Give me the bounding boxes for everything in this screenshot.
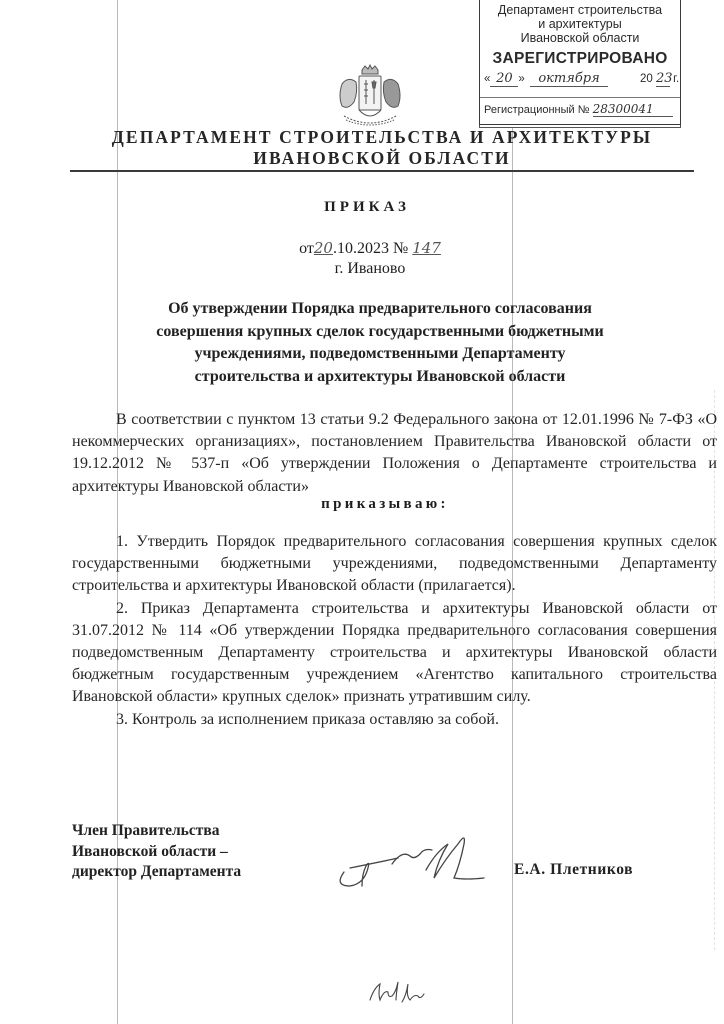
- order-title: ПРИКАЗ: [0, 199, 724, 216]
- scanned-order-document: Департамент строительства и архитектуры …: [0, 0, 724, 1024]
- order-subject: Об утверждении Порядка предварительного …: [150, 298, 610, 388]
- department-title: ДЕПАРТАМЕНТ СТРОИТЕЛЬСТВА И АРХИТЕКТУРЫ …: [70, 127, 694, 169]
- stamp-status: ЗАРЕГИСТРИРОВАНО: [480, 50, 680, 68]
- preamble: В соответствии с пунктом 13 статьи 9.2 Ф…: [72, 409, 717, 498]
- stamp-org-line: Ивановской области: [480, 31, 680, 45]
- stamp-reg-label: Регистрационный №: [484, 104, 590, 116]
- order-date-number: от20.10.2023 № 147: [0, 238, 724, 259]
- department-title-line: ИВАНОВСКОЙ ОБЛАСТИ: [70, 148, 694, 169]
- stamp-date-month-handwritten: октября: [530, 71, 608, 87]
- registration-stamp: Департамент строительства и архитектуры …: [479, 0, 681, 125]
- subject-line: Об утверждении Порядка предварительного …: [150, 298, 610, 321]
- department-title-line: ДЕПАРТАМЕНТ СТРОИТЕЛЬСТВА И АРХИТЕКТУРЫ: [70, 127, 694, 148]
- header-divider: [70, 170, 694, 172]
- signatory-name: Е.А. Плетников: [514, 861, 633, 879]
- subject-line: строительства и архитектуры Ивановской о…: [150, 366, 610, 389]
- order-day-handwritten: 20: [314, 239, 333, 257]
- coat-of-arms-icon: [336, 64, 404, 130]
- decree-word: приказываю:: [0, 496, 724, 513]
- stamp-org-line: и архитектуры: [480, 17, 680, 31]
- subject-line: совершения крупных сделок государственны…: [150, 321, 610, 344]
- order-date-prefix: от: [299, 240, 314, 257]
- order-date-rest: .10.2023 №: [333, 240, 408, 257]
- approval-initials-icon: [366, 976, 426, 1006]
- stamp-divider: [480, 97, 680, 98]
- position-line: Член Правительства: [72, 821, 241, 842]
- order-city: г. Иваново: [0, 259, 724, 279]
- signatory-position: Член Правительства Ивановской области – …: [72, 821, 241, 883]
- stamp-registration-number: Регистрационный № 28300041: [484, 102, 676, 117]
- stamp-reg-number-handwritten: 28300041: [593, 102, 673, 117]
- stamp-date: «20» октября 20 23 г.: [484, 71, 676, 87]
- order-meta: от20.10.2023 № 147 г. Иваново: [0, 238, 724, 279]
- subject-line: учреждениями, подведомственными Департам…: [150, 343, 610, 366]
- stamp-year-unit: г.: [673, 73, 679, 85]
- stamp-year-handwritten: 23: [656, 71, 670, 87]
- order-item: 3. Контроль за исполнением приказа остав…: [72, 709, 717, 731]
- order-number-handwritten: 147: [412, 239, 441, 257]
- quote-mark: »: [518, 73, 524, 85]
- order-item: 2. Приказ Департамента строительства и а…: [72, 598, 717, 709]
- handwritten-signature-icon: [330, 830, 510, 890]
- stamp-year-prefix: 20: [640, 73, 653, 85]
- order-items: 1. Утвердить Порядок предварительного со…: [72, 531, 717, 731]
- stamp-org-line: Департамент строительства: [480, 3, 680, 17]
- order-item: 1. Утвердить Порядок предварительного со…: [72, 531, 717, 598]
- stamp-date-day-handwritten: 20: [490, 71, 518, 87]
- preamble-paragraph: В соответствии с пунктом 13 статьи 9.2 Ф…: [72, 409, 717, 498]
- position-line: Ивановской области –: [72, 842, 241, 863]
- position-line: директор Департамента: [72, 862, 241, 883]
- stamp-organization: Департамент строительства и архитектуры …: [480, 3, 680, 45]
